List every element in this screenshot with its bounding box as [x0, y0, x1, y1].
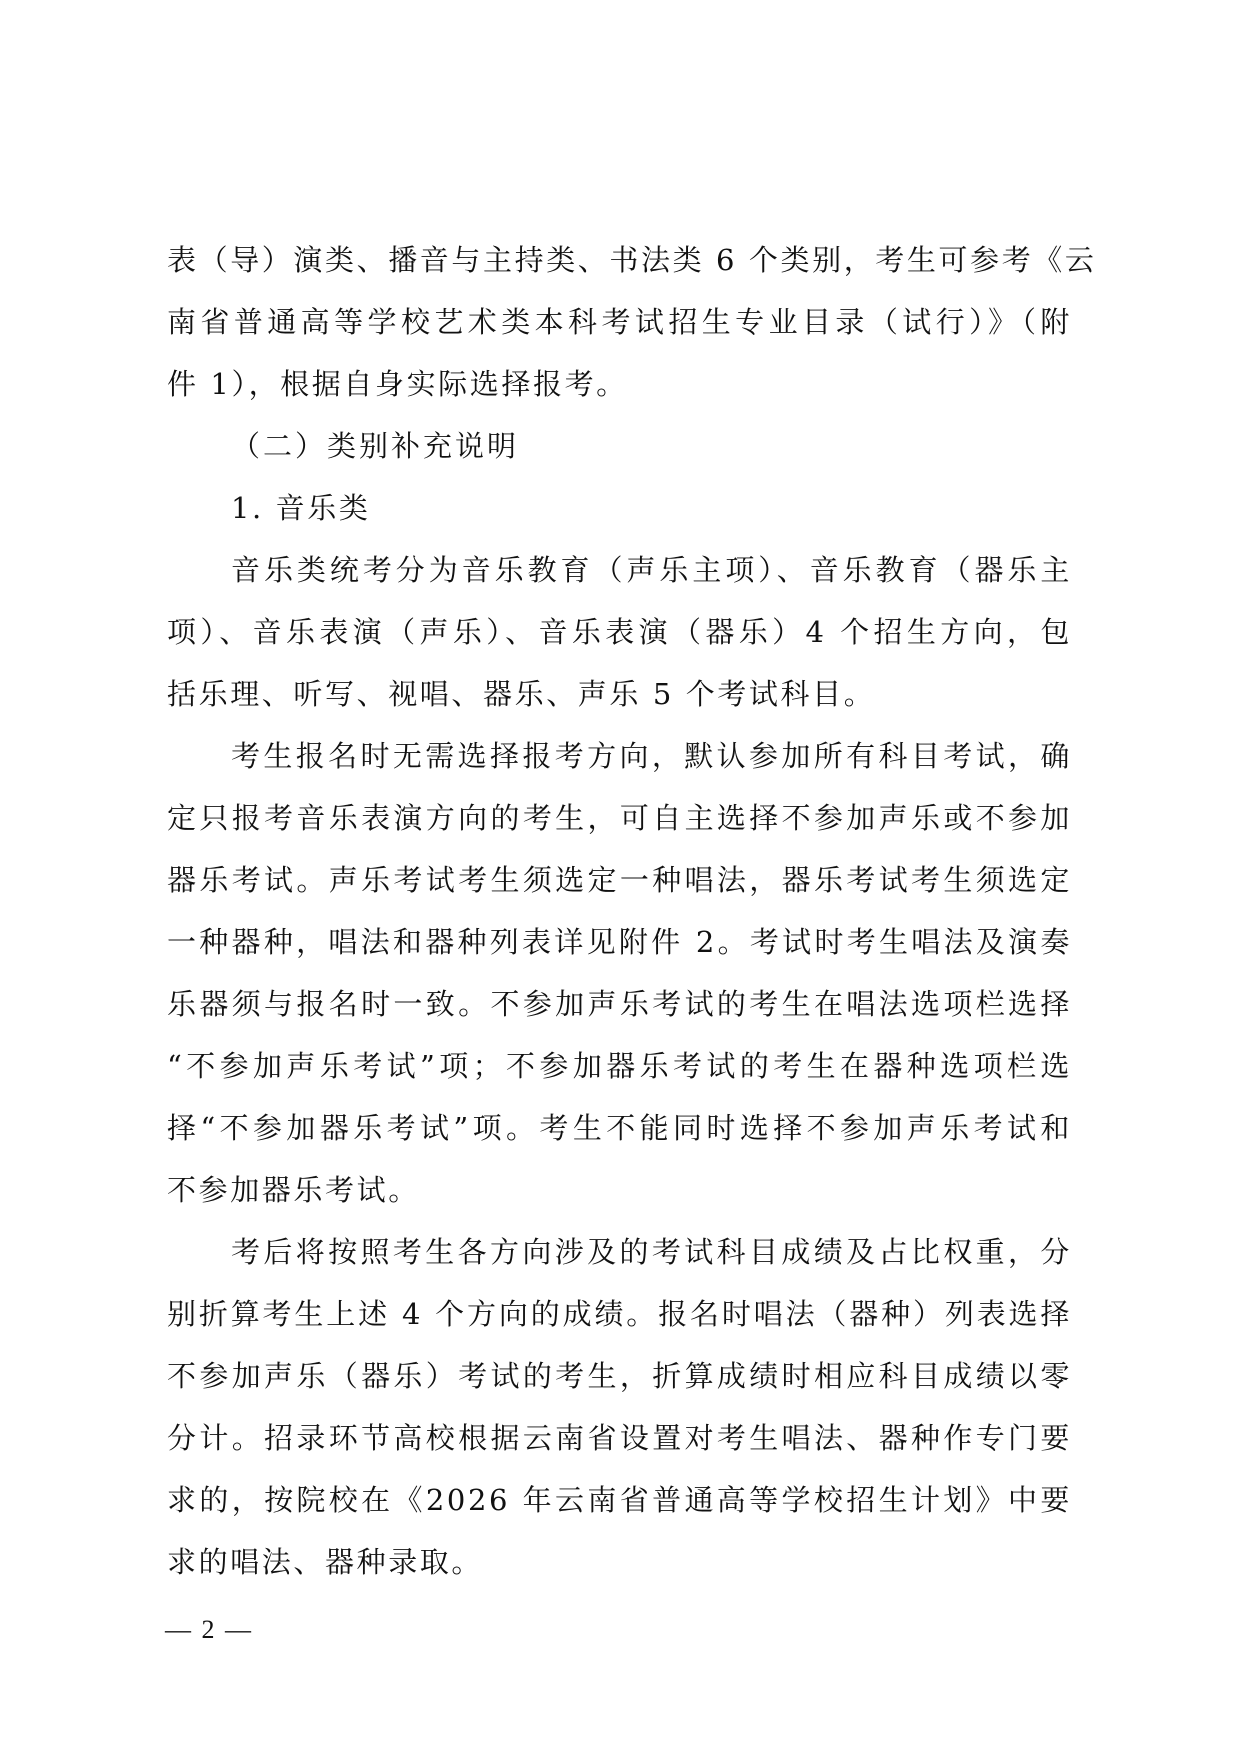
document-page: 表（导）演类、播音与主持类、书法类 6 个类别，考生可参考《云 南省普通高等学校… [0, 0, 1240, 1753]
text-line: 求的，按院校在《2026 年云南省普通高等学校招生计划》中要 [167, 1469, 1072, 1531]
section-heading: （二）类别补充说明 [167, 415, 1072, 477]
paragraph: 音乐类统考分为音乐教育（声乐主项）、音乐教育（器乐主 项）、音乐表演（声乐）、音… [167, 539, 1072, 725]
text-line: 不参加器乐考试。 [167, 1159, 1072, 1221]
text-line: 音乐类统考分为音乐教育（声乐主项）、音乐教育（器乐主 [167, 539, 1072, 601]
paragraph: 考后将按照考生各方向涉及的考试科目成绩及占比权重，分 别折算考生上述 4 个方向… [167, 1221, 1072, 1593]
text-line: 乐器须与报名时一致。不参加声乐考试的考生在唱法选项栏选择 [167, 973, 1072, 1035]
text-line: 器乐考试。声乐考试考生须选定一种唱法，器乐考试考生须选定 [167, 849, 1072, 911]
text-line: 求的唱法、器种录取。 [167, 1531, 1072, 1593]
paragraph-continuation: 表（导）演类、播音与主持类、书法类 6 个类别，考生可参考《云 南省普通高等学校… [167, 229, 1072, 415]
text-line: 择“不参加器乐考试”项。考生不能同时选择不参加声乐考试和 [167, 1097, 1072, 1159]
text-line: 括乐理、听写、视唱、器乐、声乐 5 个考试科目。 [167, 663, 1072, 725]
paragraph: 考生报名时无需选择报考方向，默认参加所有科目考试，确 定只报考音乐表演方向的考生… [167, 725, 1072, 1221]
text-line: 考后将按照考生各方向涉及的考试科目成绩及占比权重，分 [167, 1221, 1072, 1283]
text-line: 表（导）演类、播音与主持类、书法类 6 个类别，考生可参考《云 [167, 229, 1072, 291]
text-line: 不参加声乐（器乐）考试的考生，折算成绩时相应科目成绩以零 [167, 1345, 1072, 1407]
text-line: 考生报名时无需选择报考方向，默认参加所有科目考试，确 [167, 725, 1072, 787]
body-text: 表（导）演类、播音与主持类、书法类 6 个类别，考生可参考《云 南省普通高等学校… [167, 229, 1072, 1593]
text-line: 别折算考生上述 4 个方向的成绩。报名时唱法（器种）列表选择 [167, 1283, 1072, 1345]
text-line: 件 1），根据自身实际选择报考。 [167, 353, 1072, 415]
text-line: “不参加声乐考试”项；不参加器乐考试的考生在器种选项栏选 [167, 1035, 1072, 1097]
text-line: 南省普通高等学校艺术类本科考试招生专业目录（试行）》（附 [167, 291, 1072, 353]
text-line: 一种器种，唱法和器种列表详见附件 2。考试时考生唱法及演奏 [167, 911, 1072, 973]
text-line: 项）、音乐表演（声乐）、音乐表演（器乐）4 个招生方向，包 [167, 601, 1072, 663]
text-line: 定只报考音乐表演方向的考生，可自主选择不参加声乐或不参加 [167, 787, 1072, 849]
subsection-heading: 1. 音乐类 [167, 477, 1072, 539]
page-number: — 2 — [165, 1612, 253, 1648]
text-line: 分计。招录环节高校根据云南省设置对考生唱法、器种作专门要 [167, 1407, 1072, 1469]
